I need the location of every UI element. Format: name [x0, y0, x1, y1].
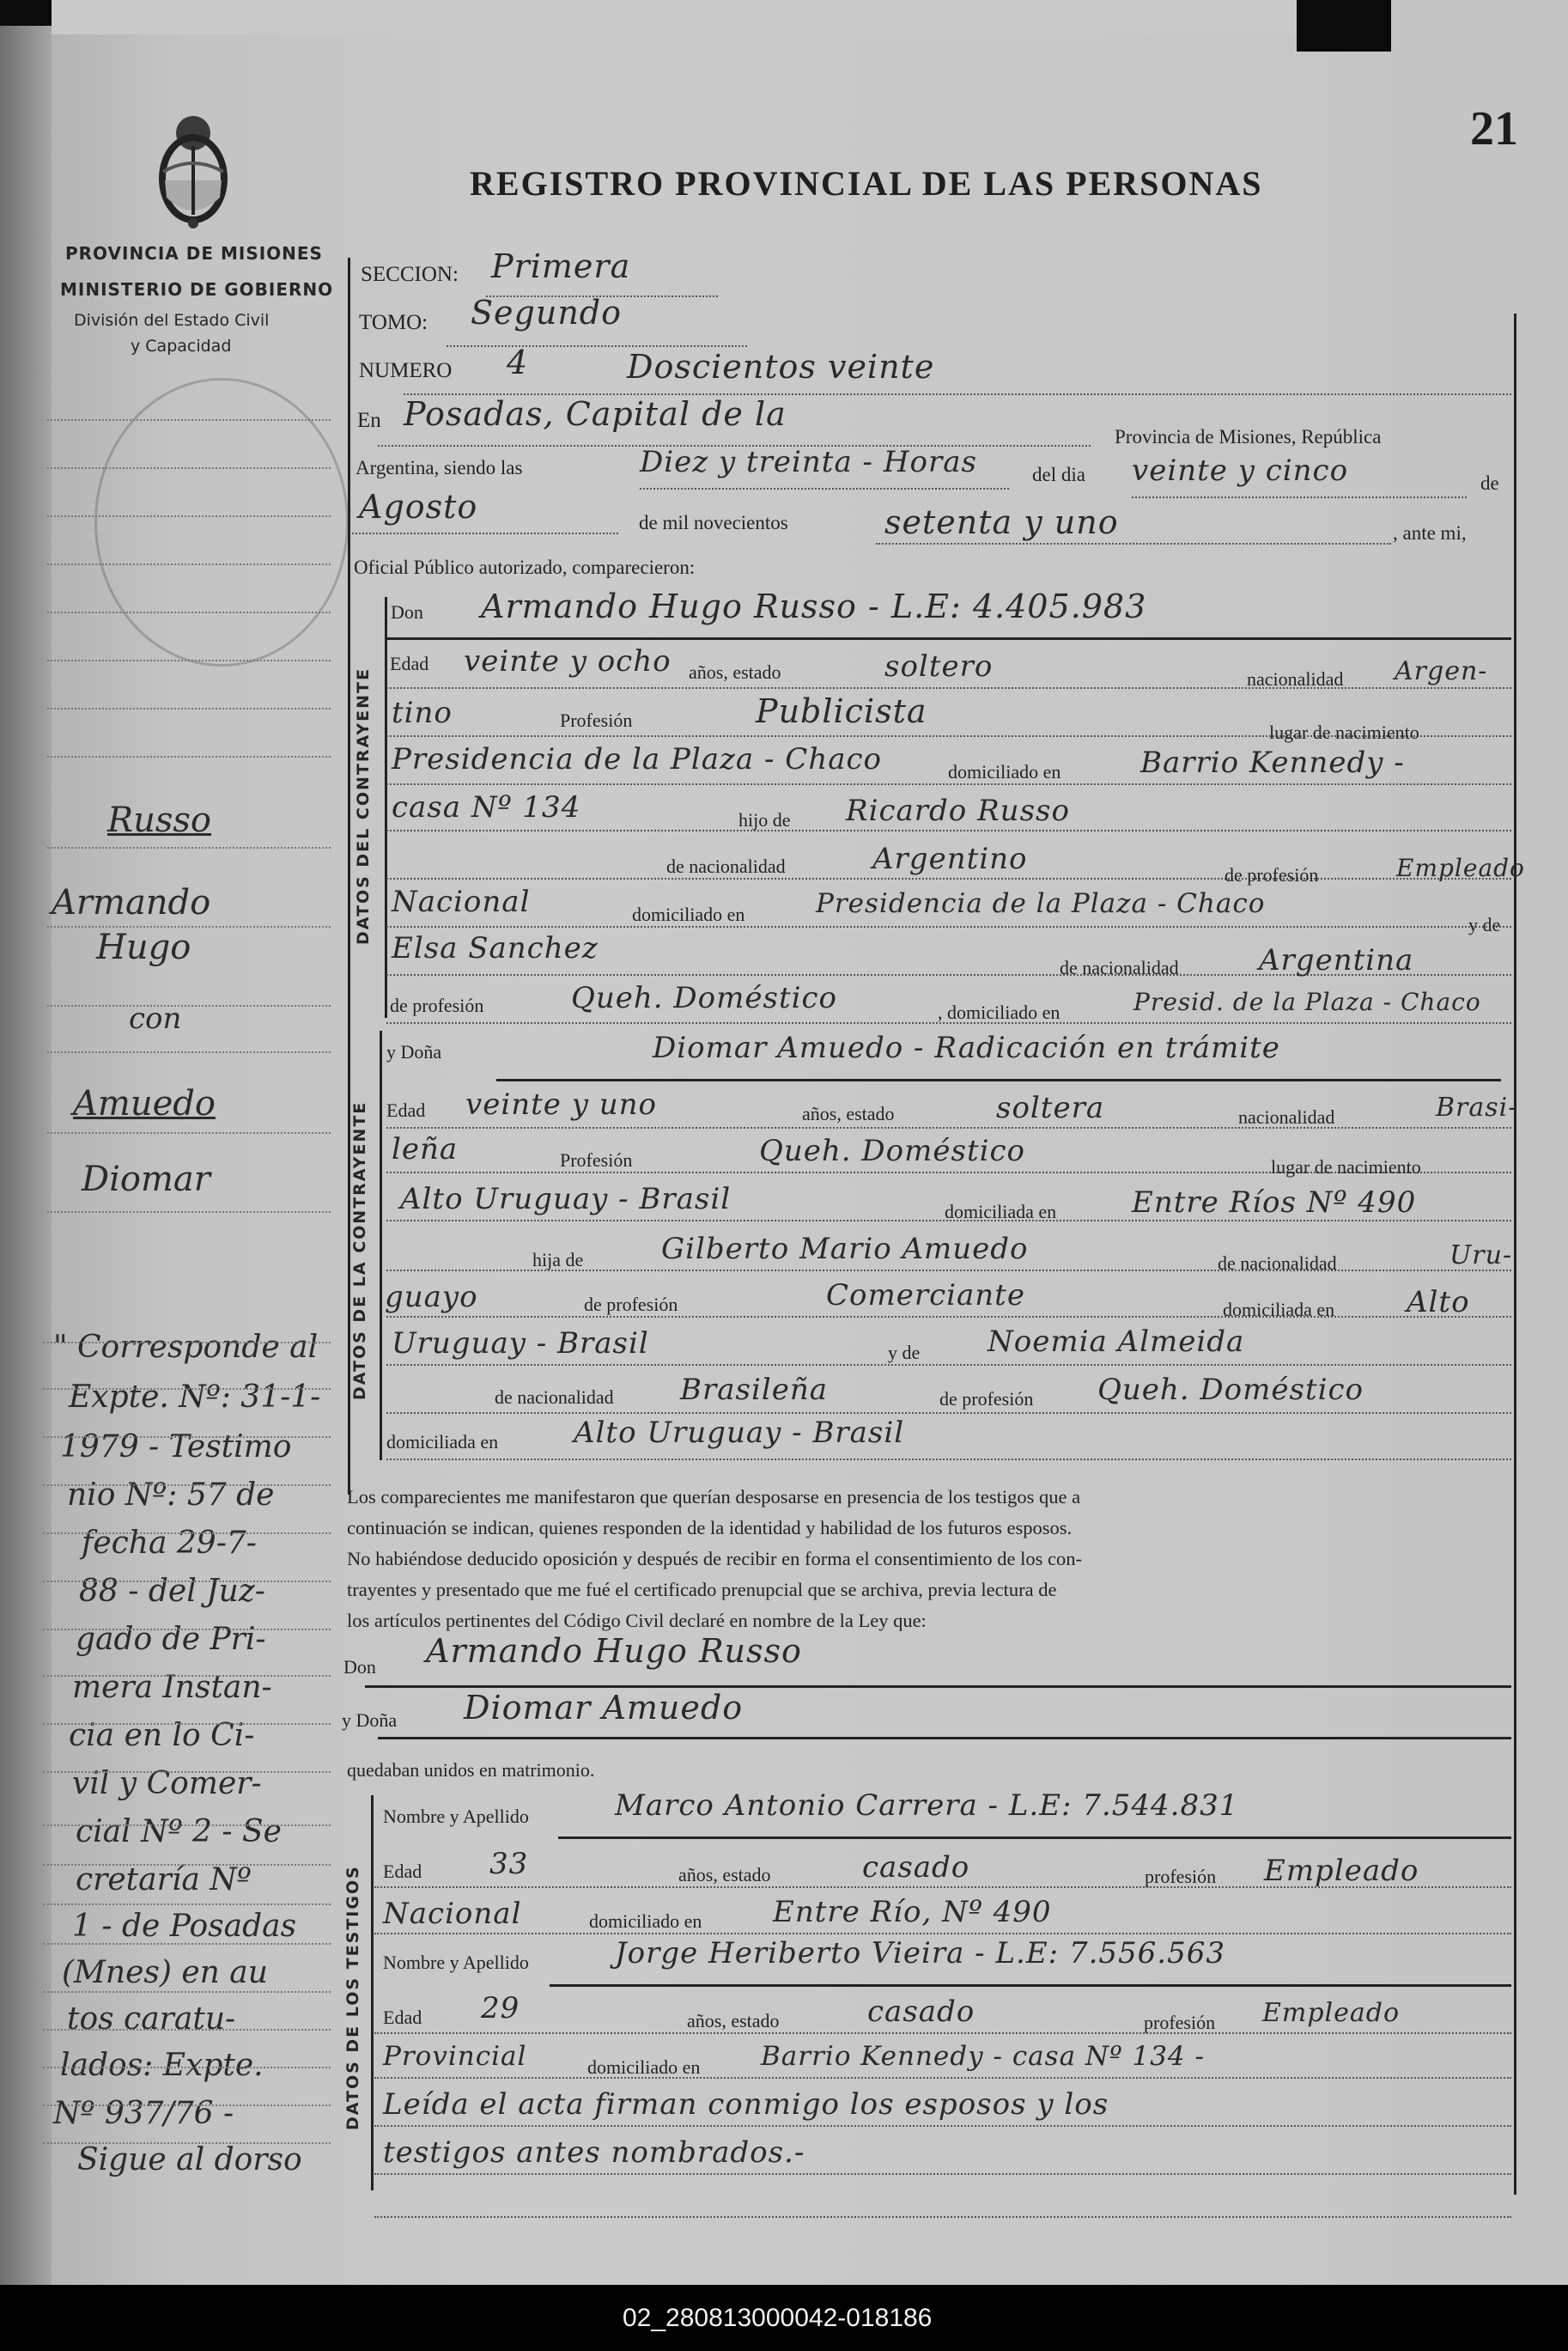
- facing-page-edge: [1391, 0, 1568, 2285]
- page-number: 21: [1470, 101, 1518, 156]
- nacionalidad-label-2: nacionalidad: [1238, 1106, 1334, 1129]
- contrayente-padre-profesion-field-b[interactable]: Nacional: [392, 885, 530, 919]
- contrayente-padre-profesion-field-a[interactable]: Empleado: [1396, 854, 1525, 882]
- image-id-caption: 02_280813000042-018186: [623, 2304, 932, 2333]
- contrayente-bracket: [385, 597, 387, 1018]
- profesion-label: Profesión: [560, 710, 632, 732]
- madre-profesion-label: de profesión: [390, 995, 483, 1017]
- contrayenta-madre-nacionalidad-field[interactable]: Brasileña: [680, 1373, 828, 1407]
- nacionalidad-label: nacionalidad: [1247, 668, 1343, 691]
- section-label-testigos: DATOS DE LOS TESTIGOS: [343, 1865, 362, 2130]
- contrayenta-edad-field[interactable]: veinte y uno: [465, 1087, 657, 1122]
- closing-line-2[interactable]: testigos antes nombrados.-: [383, 2135, 805, 2170]
- mes-field[interactable]: Agosto: [359, 488, 477, 526]
- en-label: En: [357, 409, 381, 433]
- numero-field[interactable]: Doscientos veinte: [627, 348, 934, 386]
- testigo2-profesion-label: profesión: [1144, 2012, 1215, 2034]
- contrayente-madre-domicilio-field[interactable]: Presid. de la Plaza - Chaco: [1133, 988, 1481, 1016]
- agency-capacidad: y Capacidad: [131, 337, 231, 356]
- contrayente-domicilio-field-a[interactable]: Barrio Kennedy -: [1140, 746, 1405, 780]
- testigo1-domiciliado-label: domiciliado en: [589, 1910, 702, 1933]
- hora-field[interactable]: Diez y treinta - Horas: [640, 445, 977, 479]
- numero-label: NUMERO: [359, 359, 452, 383]
- decl-don-label: Don: [343, 1656, 376, 1678]
- testigo1-profesion-field-a[interactable]: Empleado: [1264, 1854, 1419, 1888]
- contrayenta-padre-domicilio-field-b[interactable]: Uruguay - Brasil: [392, 1326, 649, 1361]
- declaration-line-1: Los comparecientes me manifestaron que q…: [347, 1486, 1080, 1508]
- don-label: Don: [391, 601, 423, 624]
- declaration-line-5: los artículos pertinentes del Código Civ…: [347, 1610, 927, 1632]
- argentina-siendo-text: Argentina, siendo las: [356, 457, 522, 479]
- contrayenta-estado-field[interactable]: soltera: [996, 1091, 1104, 1125]
- numero-prefix: 4: [507, 344, 528, 381]
- lugar-acto-field[interactable]: Posadas, Capital de la: [404, 395, 787, 433]
- testigo1-profesion-field-b[interactable]: Nacional: [383, 1897, 521, 1931]
- edad-label-2: Edad: [386, 1099, 425, 1122]
- madre-domiciliado-label: , domiciliado en: [938, 1002, 1060, 1024]
- de-nacionalidad-label: de nacionalidad: [666, 856, 786, 878]
- contrayenta-madre-field[interactable]: Noemia Almeida: [988, 1325, 1244, 1359]
- contrayenta-padre-nacionalidad-field-a[interactable]: Uru-: [1449, 1240, 1512, 1270]
- agency-province: PROVINCIA DE MISIONES: [65, 243, 323, 264]
- anio-field[interactable]: setenta y uno: [884, 503, 1119, 541]
- contrayenta-nacionalidad-field-b[interactable]: leña: [392, 1132, 458, 1166]
- margin-surname-groom: Russo: [107, 801, 211, 840]
- dark-tab: [1297, 0, 1391, 52]
- lugar-nac-label: lugar de nacimiento: [1269, 722, 1419, 744]
- contrayente-lugar-nac-field[interactable]: Presidencia de la Plaza - Chaco: [392, 742, 882, 777]
- contrayenta-padre-profesion-field[interactable]: Comerciante: [826, 1278, 1025, 1313]
- oficial-text: Oficial Público autorizado, compareciero…: [354, 557, 695, 579]
- agency-ministry: MINISTERIO DE GOBIERNO: [60, 279, 333, 300]
- contrayenta-padre-nacionalidad-field-b[interactable]: guayo: [385, 1280, 478, 1314]
- ante-mi-text: , ante mi,: [1393, 522, 1467, 545]
- anios-estado-label-2: años, estado: [802, 1103, 895, 1125]
- closing-line-1[interactable]: Leída el acta firman conmigo los esposos…: [383, 2087, 1109, 2122]
- contrayenta-madre-domicilio-field[interactable]: Alto Uruguay - Brasil: [574, 1416, 904, 1450]
- seccion-field[interactable]: Primera: [491, 247, 630, 285]
- anios-estado-label: años, estado: [689, 661, 781, 684]
- faded-stamp: [94, 378, 349, 667]
- margin-firstname-bride: Diomar: [82, 1160, 210, 1199]
- declaration-line-2: continuación se indican, quienes respond…: [347, 1517, 1072, 1539]
- agency-division: División del Estado Civil: [74, 311, 269, 330]
- hija-de-label: hija de: [532, 1249, 583, 1271]
- section-label-contrayenta: DATOS DE LA CONTRAYENTE: [350, 1101, 369, 1400]
- edad-label: Edad: [390, 653, 428, 675]
- madre-nacionalidad-label: de nacionalidad: [1060, 957, 1179, 979]
- testigo1-nombre-label: Nombre y Apellido: [383, 1806, 529, 1828]
- contrayenta-profesion-field[interactable]: Queh. Doméstico: [759, 1134, 1025, 1168]
- contrayenta-bracket: [380, 1031, 382, 1460]
- testigo1-estado-field[interactable]: casado: [862, 1850, 969, 1885]
- declaration-line-3: No habiéndose deducido oposición y despu…: [347, 1548, 1082, 1570]
- contrayente-estado-field[interactable]: soltero: [884, 649, 993, 684]
- testigo2-estado-field[interactable]: casado: [867, 1995, 975, 2029]
- margin-firstname-groom: Armando: [52, 883, 210, 923]
- declaration-line-4: trayentes y presentado que me fué el cer…: [347, 1579, 1056, 1601]
- margin-surname-bride: Amuedo: [73, 1084, 216, 1124]
- de-profesion-label: de profesión: [1225, 864, 1318, 886]
- contrayente-madre-profesion-field[interactable]: Queh. Doméstico: [571, 981, 837, 1015]
- contrayenta-lugar-nac-field[interactable]: Alto Uruguay - Brasil: [400, 1182, 731, 1216]
- hijo-de-label: hijo de: [738, 809, 791, 831]
- padre-domiciliada-label: domiciliada en: [1223, 1299, 1334, 1321]
- dia-field[interactable]: veinte y cinco: [1132, 454, 1348, 488]
- y-de-label: y de: [1468, 914, 1500, 936]
- contrayente-nacionalidad-field-b[interactable]: tino: [392, 696, 453, 730]
- testigo1-edad-field[interactable]: 33: [489, 1847, 528, 1881]
- padre-domiciliado-label: domiciliado en: [632, 904, 744, 926]
- contrayente-nacionalidad-field-a[interactable]: Argen-: [1395, 656, 1487, 686]
- testigo1-profesion-label: profesión: [1145, 1866, 1216, 1888]
- testigo2-nombre-field[interactable]: Jorge Heriberto Vieira - L.E: 7.556.563: [615, 1936, 1225, 1970]
- contrayenta-nombre-field[interactable]: Diomar Amuedo - Radicación en trámite: [653, 1031, 1280, 1065]
- domiciliada-label: domiciliada en: [945, 1201, 1056, 1223]
- contrayente-padre-domicilio-field[interactable]: Presidencia de la Plaza - Chaco: [816, 888, 1265, 919]
- contrayente-profesion-field[interactable]: Publicista: [756, 692, 927, 730]
- de-text: de: [1480, 472, 1499, 495]
- testigo2-profesion-field-a[interactable]: Empleado: [1262, 1998, 1400, 2028]
- hija-nacionalidad-label: de nacionalidad: [1218, 1252, 1337, 1275]
- testigo2-profesion-field-b[interactable]: Provincial: [383, 2041, 526, 2072]
- contrayenta-nacionalidad-field-a[interactable]: Brasi-: [1436, 1093, 1517, 1123]
- previous-page-edge: [52, 0, 1297, 34]
- provincia-text: Provincia de Misiones, República: [1115, 426, 1381, 448]
- lugar-nac-label-2: lugar de nacimiento: [1271, 1156, 1421, 1179]
- decl-don-field[interactable]: Armando Hugo Russo: [426, 1632, 802, 1670]
- testigo2-edad-field[interactable]: 29: [481, 1991, 520, 2025]
- contrayenta-madre-profesion-field[interactable]: Queh. Doméstico: [1097, 1373, 1364, 1407]
- testigo2-edad-label: Edad: [383, 2007, 422, 2029]
- tomo-label: TOMO:: [359, 311, 428, 335]
- decl-dona-field[interactable]: Diomar Amuedo: [464, 1689, 743, 1727]
- testigo2-domicilio-field[interactable]: Barrio Kennedy - casa Nº 134 -: [761, 2041, 1205, 2072]
- testigo1-anios-estado-label: años, estado: [678, 1864, 771, 1886]
- contrayente-nombre-field[interactable]: Armando Hugo Russo - L.E: 4.405.983: [481, 588, 1146, 625]
- testigo1-nombre-field[interactable]: Marco Antonio Carrera - L.E: 7.544.831: [615, 1788, 1238, 1823]
- domiciliado-label: domiciliado en: [948, 761, 1061, 783]
- madre-profesion-label-2: de profesión: [939, 1388, 1033, 1410]
- seccion-label: SECCION:: [361, 263, 459, 287]
- section-label-contrayente: DATOS DEL CONTRAYENTE: [354, 667, 373, 945]
- page-title: REGISTRO PROVINCIAL DE LAS PERSONAS: [470, 163, 1263, 204]
- contrayente-edad-field[interactable]: veinte y ocho: [464, 644, 672, 679]
- contrayente-padre-field[interactable]: Ricardo Russo: [846, 794, 1070, 828]
- padre-profesion-label-2: de profesión: [584, 1294, 678, 1316]
- testigo1-domicilio-field[interactable]: Entre Río, Nº 490: [773, 1895, 1052, 1929]
- contrayente-madre-nacionalidad-field[interactable]: Argentina: [1259, 943, 1413, 978]
- contrayenta-padre-domicilio-field-a[interactable]: Alto: [1407, 1285, 1470, 1319]
- testigo2-anios-estado-label: años, estado: [687, 2010, 780, 2032]
- y-de-label-2: y de: [888, 1342, 920, 1364]
- contrayenta-padre-field[interactable]: Gilberto Mario Amuedo: [661, 1232, 1029, 1266]
- decl-dona-label: y Doña: [342, 1709, 397, 1732]
- contrayente-madre-field[interactable]: Elsa Sanchez: [392, 931, 599, 965]
- testigos-bracket: [371, 1795, 374, 2190]
- margin-con: con: [129, 1002, 181, 1036]
- madre-nacionalidad-label-2: de nacionalidad: [495, 1386, 614, 1409]
- profesion-label-2: Profesión: [560, 1149, 632, 1172]
- mil-novecientos-text: de mil novecientos: [639, 512, 788, 534]
- del-dia-text: del dia: [1032, 464, 1085, 486]
- contrayenta-domicilio-field[interactable]: Entre Ríos Nº 490: [1132, 1185, 1416, 1220]
- contrayente-domicilio-field-b[interactable]: casa Nº 134: [392, 790, 580, 825]
- margin-middlename-groom: Hugo: [96, 928, 191, 967]
- tomo-field[interactable]: Segundo: [471, 294, 622, 332]
- matrimonio-closing: quedaban unidos en matrimonio.: [347, 1759, 594, 1782]
- argentina-coat-of-arms-icon: [146, 103, 240, 232]
- madre-domiciliada-label: domiciliada en: [386, 1431, 498, 1453]
- testigo2-domiciliado-label: domiciliado en: [587, 2056, 700, 2079]
- dona-label: y Doña: [386, 1041, 441, 1063]
- form-right-border: [1514, 314, 1516, 2195]
- testigo1-edad-label: Edad: [383, 1861, 422, 1883]
- book-spine: [0, 26, 52, 2285]
- testigo2-nombre-label: Nombre y Apellido: [383, 1952, 529, 1974]
- contrayente-padre-nacionalidad-field[interactable]: Argentino: [872, 842, 1028, 876]
